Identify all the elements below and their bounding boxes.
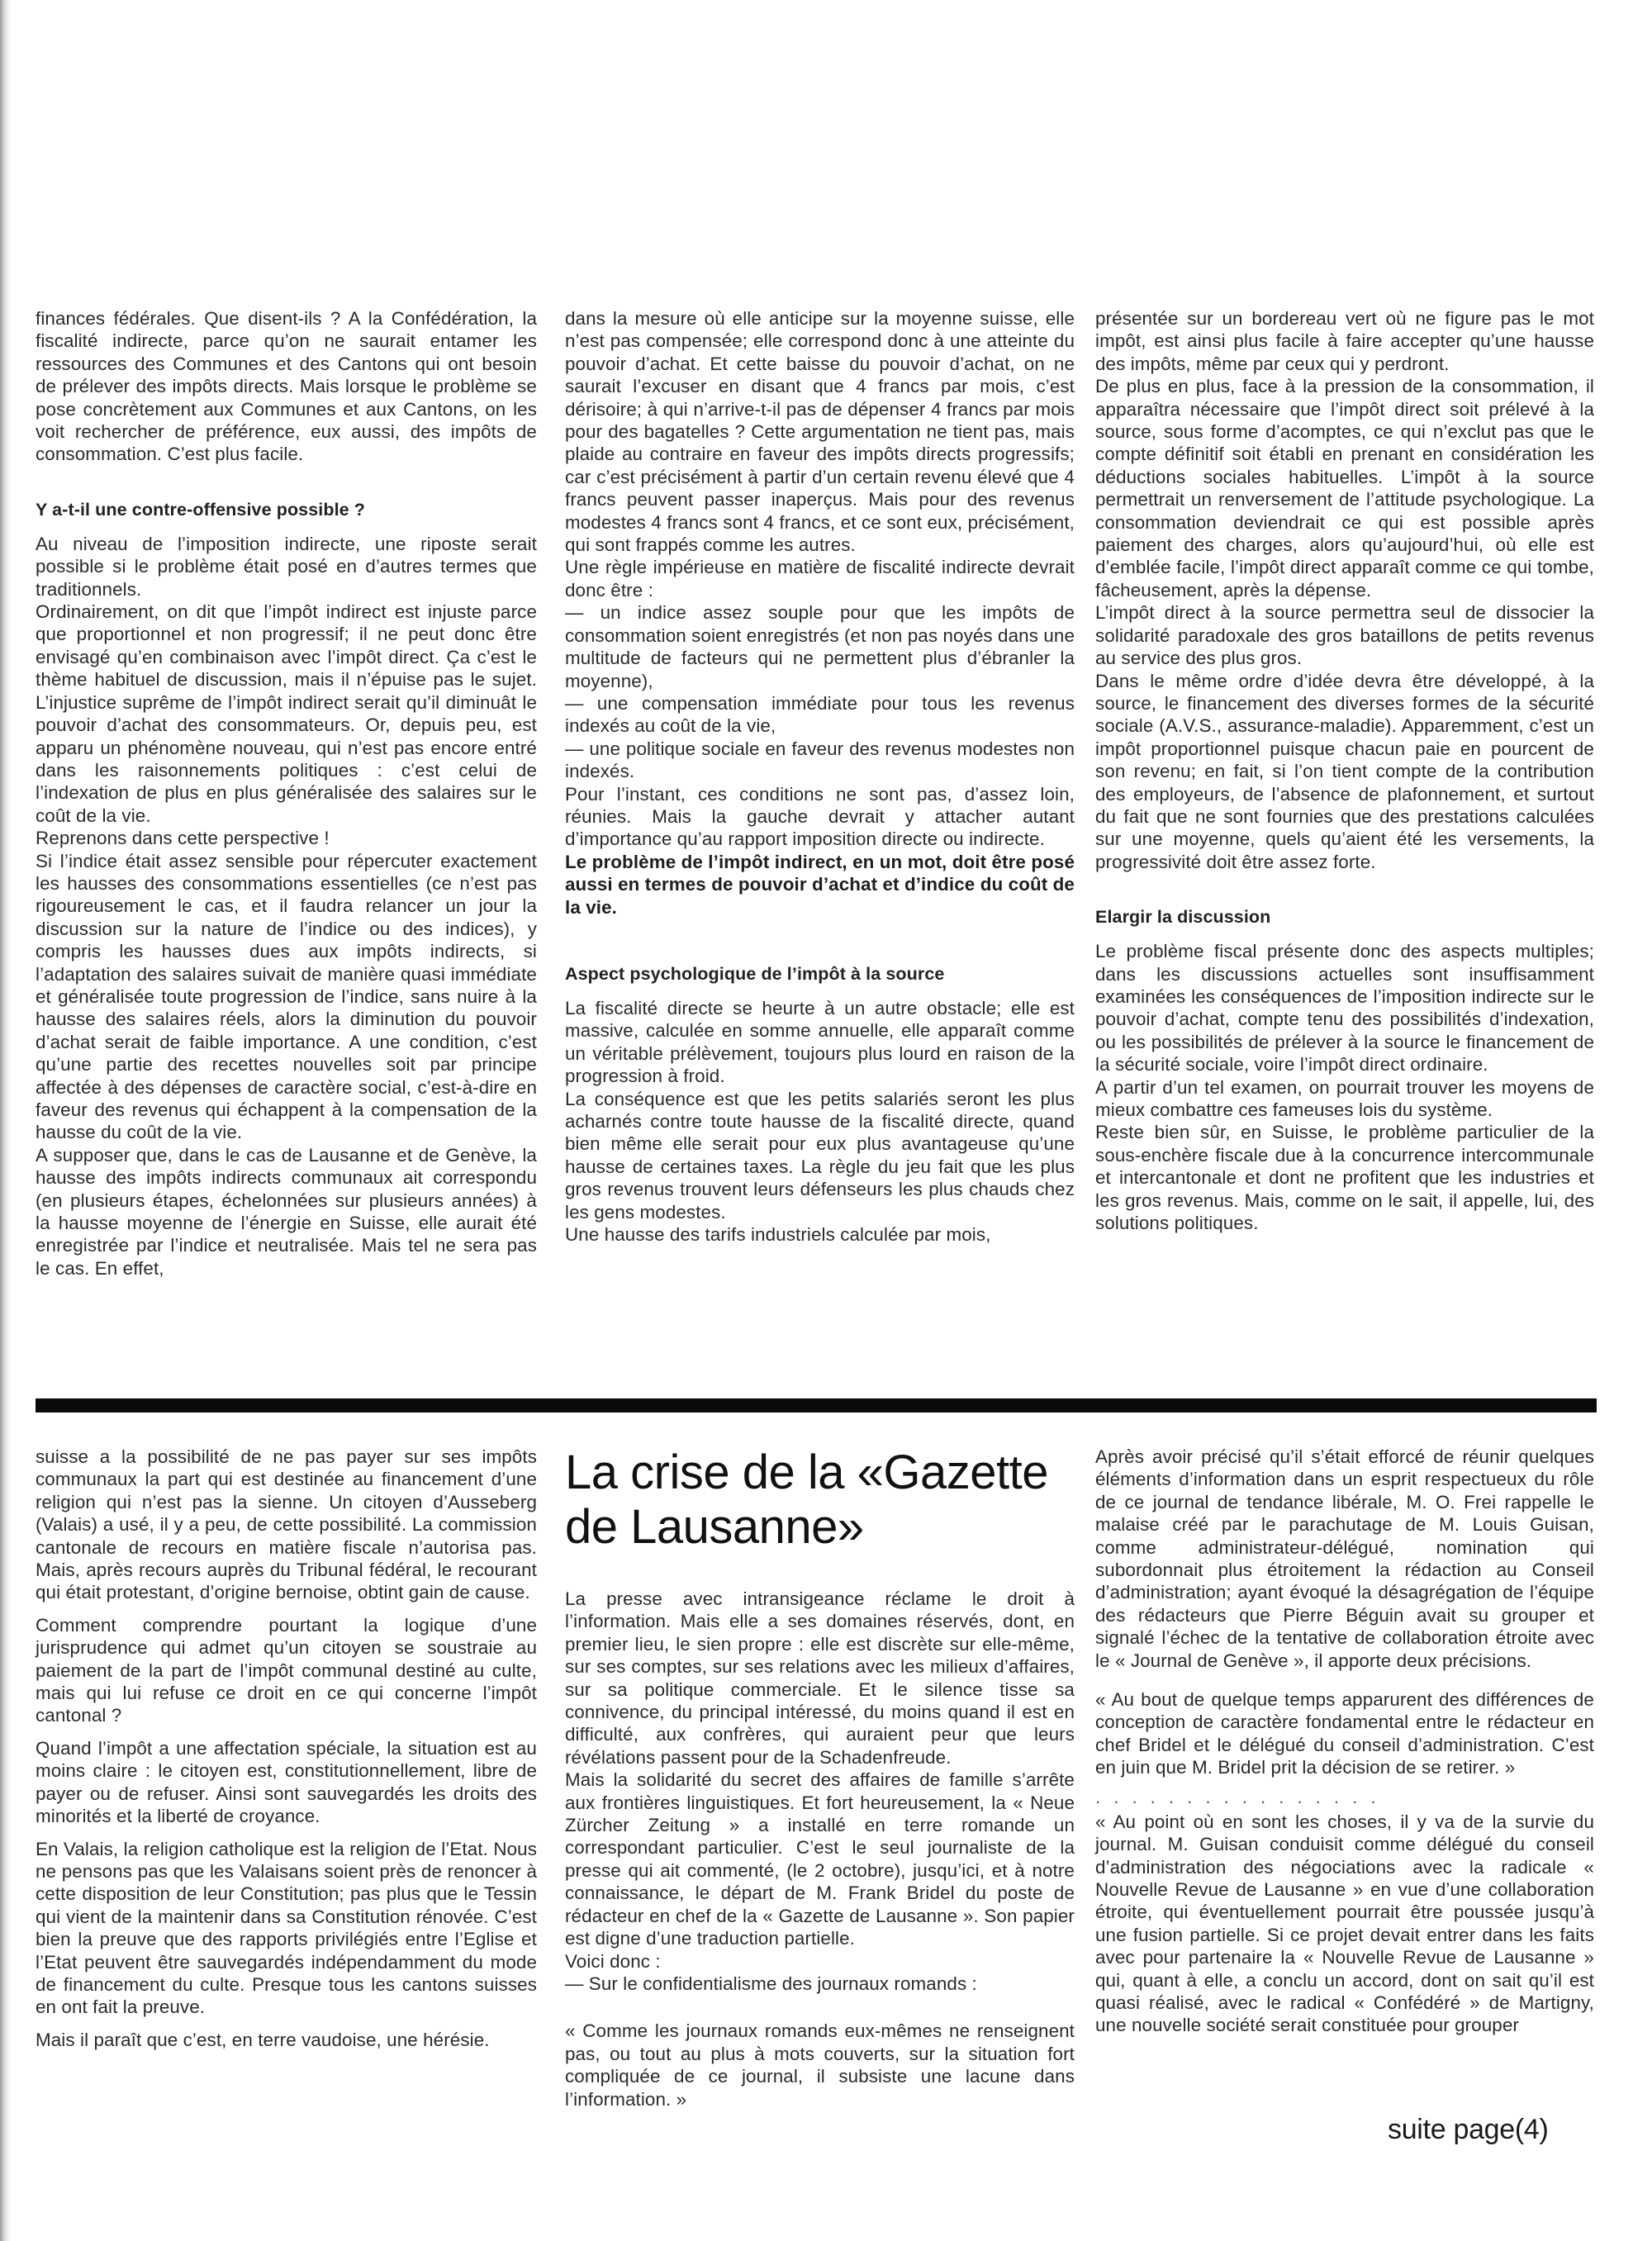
paragraph: Reprenons dans cette perspective ! [36,827,537,849]
paragraph: suisse a la possibilité de ne pas payer … [36,1446,537,1604]
paragraph: La presse avec intransigeance réclame le… [565,1588,1075,1769]
paragraph: Au niveau de l’imposition indirecte, une… [36,533,537,601]
list-item: — une compensation immédiate pour tous l… [565,692,1075,738]
quote-paragraph: « Comme les journaux romands eux-mêmes n… [565,2020,1075,2110]
paragraph: Dans le même ordre d’idée devra être dév… [1095,670,1594,874]
quote-paragraph: « Au point où en sont les choses, il y v… [1095,1811,1594,2037]
paragraph: La fiscalité directe se heurte à un autr… [565,997,1075,1088]
article-column-bottom-2: La crise de la «Gazette de Lausanne» La … [565,1446,1075,2110]
article-column-top-1: finances fédérales. Que disent-ils ? A l… [36,307,537,1280]
article-column-top-3: présentée sur un bordereau vert où ne fi… [1095,307,1594,1234]
paragraph: Une règle impérieuse en matière de fisca… [565,556,1075,601]
section-heading-contre-offensive: Y a-t-il une contre-offensive possible ? [36,499,537,521]
section-heading-elargir: Elargir la discussion [1095,906,1594,928]
paragraph: Après avoir précisé qu’il s’était efforc… [1095,1446,1594,1672]
list-item: — une politique sociale en faveur des re… [565,738,1075,783]
paragraph: Comment comprendre pourtant la logique d… [36,1614,537,1727]
paragraph: Pour l’instant, ces conditions ne sont p… [565,783,1075,851]
section-heading-aspect-psychologique: Aspect psychologique de l’impôt à la sou… [565,963,1075,985]
paragraph: De plus en plus, face à la pression de l… [1095,375,1594,601]
article-column-bottom-1: suisse a la possibilité de ne pas payer … [36,1446,537,2051]
paragraph: Ordinairement, on dit que l’impôt indire… [36,601,537,827]
paragraph: Si l’indice était assez sensible pour ré… [36,850,537,1144]
quote-paragraph: « Au bout de quelque temps apparurent de… [1095,1688,1594,1779]
paragraph: En Valais, la religion catholique est la… [36,1838,537,2019]
bold-conclusion: Le problème de l’impôt indirect, en un m… [565,851,1075,919]
paragraph: — Sur le confidentialisme des journaux r… [565,1973,1075,1995]
article-headline: La crise de la «Gazette de Lausanne» [565,1446,1075,1555]
paragraph: Mais la solidarité du secret des affaire… [565,1769,1075,1949]
section-divider-rule [36,1398,1597,1412]
paragraph: Quand l’impôt a une affectation spéciale… [36,1737,537,1828]
paragraph: présentée sur un bordereau vert où ne fi… [1095,307,1594,375]
paragraph: Une hausse des tarifs industriels calcul… [565,1223,1075,1246]
continuation-note: suite page(4) [1388,2113,1549,2146]
paragraph: Voici donc : [565,1950,1075,1973]
paragraph: Mais il paraît que c’est, en terre vaudo… [36,2029,537,2051]
paragraph: Le problème fiscal présente donc des asp… [1095,940,1594,1075]
paragraph: finances fédérales. Que disent-ils ? A l… [36,307,537,466]
scan-edge-shadow [0,0,12,2241]
paragraph: L’impôt direct à la source permettra seu… [1095,601,1594,669]
list-item: — un indice assez souple pour que les im… [565,601,1075,692]
paragraph: Reste bien sûr, en Suisse, le problème p… [1095,1121,1594,1234]
article-column-top-2: dans la mesure où elle anticipe sur la m… [565,307,1075,1246]
paragraph: dans la mesure où elle anticipe sur la m… [565,307,1075,556]
ellipsis-separator: ................ [1095,1789,1594,1806]
article-column-bottom-3: Après avoir précisé qu’il s’était efforc… [1095,1446,1594,2037]
paragraph: La conséquence est que les petits salari… [565,1088,1075,1223]
paragraph: A supposer que, dans le cas de Lausanne … [36,1144,537,1280]
paragraph: A partir d’un tel examen, on pourrait tr… [1095,1076,1594,1122]
